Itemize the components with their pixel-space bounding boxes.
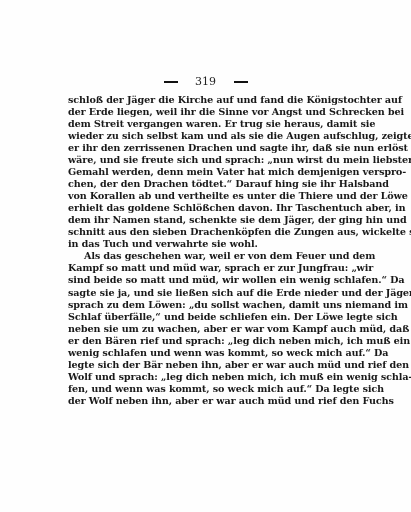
text-line: neben sie um zu wachen, aber er war vom … [68, 324, 336, 336]
text-line: sind beide so matt und müd, wir wollen e… [68, 275, 336, 287]
text-line: erhielt das goldene Schlößchen davon. Ih… [68, 203, 336, 215]
text-line: in das Tuch und verwahrte sie wohl. [68, 239, 336, 251]
text-line: er den Bären rief und sprach: „leg dich … [68, 336, 336, 348]
text-line: schloß der Jäger die Kirche auf und fand… [68, 95, 336, 107]
text-line: chen, der den Drachen tödtet.“ Darauf hi… [68, 179, 336, 191]
header-dash-right [234, 81, 248, 83]
text-line: er ihr den zerrissenen Drachen und sagte… [68, 143, 336, 155]
text-line: Wolf und sprach: „leg dich neben mich, i… [68, 372, 336, 384]
text-line: sagte sie ja, und sie ließen sich auf di… [68, 288, 336, 300]
text-line: sprach zu dem Löwen: „du sollst wachen, … [68, 300, 336, 312]
book-page: 319 schloß der Jäger die Kirche auf und … [0, 0, 411, 512]
text-line: Schlaf überfälle,“ und beide schliefen e… [68, 312, 336, 324]
page-header: 319 [0, 75, 411, 91]
text-line: dem ihr Namen stand, schenkte sie dem Jä… [68, 215, 336, 227]
text-line: Kampf so matt und müd war, sprach er zur… [68, 263, 336, 275]
text-line: wenig schlafen und wenn was kommt, so we… [68, 348, 336, 360]
text-line: fen, und wenn was kommt, so weck mich au… [68, 384, 336, 396]
text-line: Gemahl werden, denn mein Vater hat mich … [68, 167, 336, 179]
text-line: wieder zu sich selbst kam und als sie di… [68, 131, 336, 143]
text-line: Als das geschehen war, weil er von dem F… [68, 251, 336, 263]
text-line: von Korallen ab und vertheilte es unter … [68, 191, 336, 203]
text-line: wäre, und sie freute sich und sprach: „n… [68, 155, 336, 167]
text-line: schnitt aus den sieben Drachenköpfen die… [68, 227, 336, 239]
text-line: der Erde liegen, weil ihr die Sinne vor … [68, 107, 336, 119]
text-line: dem Streit vergangen waren. Er trug sie … [68, 119, 336, 131]
page-number: 319 [195, 75, 216, 88]
text-line: der Wolf neben ihn, aber er war auch müd… [68, 396, 336, 408]
text-line: legte sich der Bär neben ihn, aber er wa… [68, 360, 336, 372]
body-text: schloß der Jäger die Kirche auf und fand… [68, 95, 336, 408]
header-dash-left [164, 81, 178, 83]
